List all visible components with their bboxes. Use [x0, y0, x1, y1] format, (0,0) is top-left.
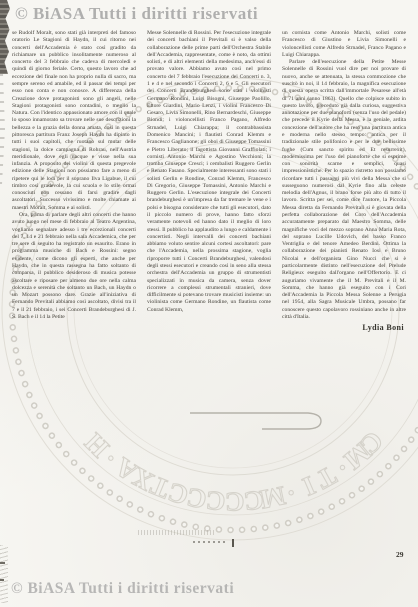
svg-text:·: ·: [98, 444, 124, 473]
svg-text:H: H: [79, 427, 115, 463]
scan-streak: [138, 530, 216, 535]
column-right: un cornista come Antonio Marchi, solisti…: [282, 30, 406, 332]
paragraph: se Rudolf Moralt, sono stati già interpr…: [12, 30, 136, 212]
scan-tick-mark: [232, 539, 234, 547]
stamp-ring-text: H·AXTCCCCCM·IT·MC: [79, 425, 390, 516]
paragraph: un cornista come Antonio Marchi, solisti…: [282, 30, 406, 59]
svg-text:I: I: [298, 470, 320, 502]
page-number: 29: [396, 550, 404, 559]
svg-text:A: A: [109, 451, 142, 487]
svg-text:·: ·: [282, 477, 300, 508]
svg-text:M: M: [338, 436, 377, 475]
svg-text:C: C: [164, 477, 191, 511]
svg-text:C: C: [225, 487, 245, 517]
paragraph: Messe Solennelle di Rossini. Per l'esecu…: [147, 30, 271, 314]
column-right-text: un cornista come Antonio Marchi, solisti…: [282, 30, 406, 321]
watermark-top: © BiASA Tutti i diritti riservati: [15, 4, 258, 24]
article-body: se Rudolf Moralt, sono stati già interpr…: [12, 30, 406, 332]
svg-text:C: C: [242, 485, 265, 517]
svg-text:M: M: [257, 480, 288, 515]
pencil-annotation: [190, 413, 321, 429]
svg-text:C: C: [354, 425, 389, 460]
column-left: se Rudolf Moralt, sono stati già interpr…: [12, 30, 136, 332]
scan-edge-specks: [0, 74, 5, 184]
scan-dotted-mark: [193, 541, 228, 543]
svg-text:T: T: [146, 470, 174, 505]
scan-edge-dash: [0, 562, 5, 564]
scan-binding-edge: [0, 0, 10, 74]
svg-text:·: ·: [330, 453, 354, 483]
scan-edge-specks-bottom: [0, 545, 8, 603]
paragraph: Parlare dell'esecuzione della Petite Mes…: [282, 59, 406, 321]
scan-edge-dash: [0, 579, 4, 581]
svg-text:C: C: [205, 485, 227, 517]
watermark-bottom: © BiASA Tutti i diritti riservati: [11, 580, 234, 598]
svg-text:X: X: [127, 461, 159, 497]
paragraph: Ora, prima di parlare degli altri concer…: [12, 212, 136, 321]
scanned-journal-page: { "watermark": { "top": "© BiASA Tutti i…: [0, 0, 418, 607]
svg-text:T: T: [311, 460, 341, 495]
author-signature: Lydia Boni: [282, 324, 406, 331]
column-middle: Messe Solennelle di Rossini. Per l'esecu…: [147, 30, 271, 332]
svg-text:C: C: [184, 482, 209, 515]
